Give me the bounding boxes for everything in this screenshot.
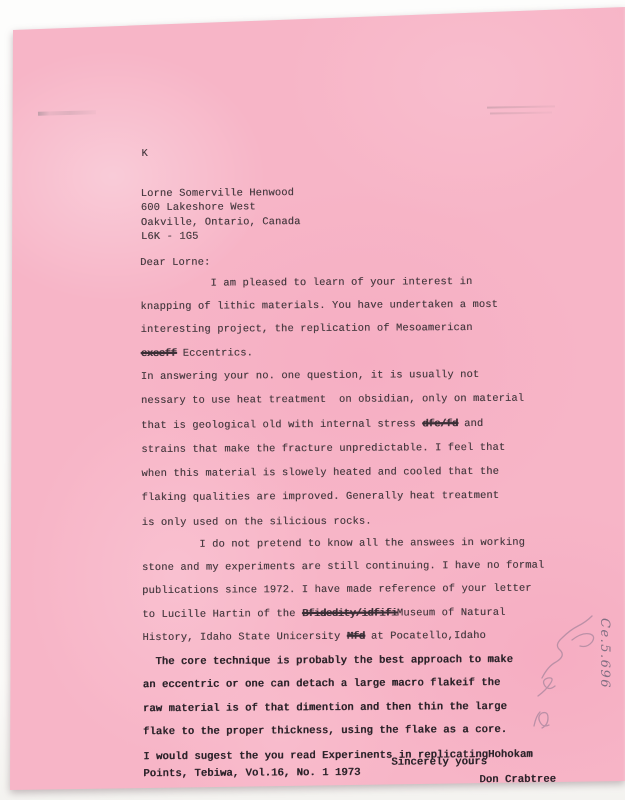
- letter-line: L6K - 1G5: [141, 229, 301, 244]
- letter-line: flake to the proper thickness, using the…: [143, 719, 513, 745]
- paragraph-3: I do not pretend to know all the answees…: [142, 532, 545, 650]
- letter-line: when this material is slowely heated and…: [141, 460, 524, 487]
- letter-scan: K Lorne Somerville Henwood600 Lakeshore …: [0, 0, 625, 800]
- letter-line: strains that make the fracture unpredict…: [141, 436, 524, 463]
- letter-line: exceff Eccentrics.: [141, 340, 499, 365]
- struck-out-text: exceff: [141, 347, 177, 359]
- struck-out-text: Mfd: [347, 630, 365, 642]
- paragraph-1: I am pleased to learn of your interest i…: [140, 271, 498, 366]
- paragraph-4: The core technique is probably the best …: [143, 649, 514, 744]
- letter-line: knapping of lithic materials. You have u…: [140, 294, 498, 319]
- letter-line: Lorne Somerville Henwood: [141, 186, 301, 201]
- struck-out-text: dfe/fd: [422, 418, 458, 430]
- letter-line: I am pleased to learn of your interest i…: [140, 271, 498, 296]
- pink-paper: K Lorne Somerville Henwood600 Lakeshore …: [0, 0, 625, 800]
- letter-line: In answering your no. one question, it i…: [141, 363, 524, 390]
- monogram: K: [141, 148, 147, 160]
- letter-line: stone and my experiments are still conti…: [142, 555, 544, 581]
- salutation: Dear Lorne:: [140, 257, 210, 269]
- recipient-address: Lorne Somerville Henwood600 Lakeshore We…: [141, 186, 301, 245]
- paragraph-2: In answering your no. one question, it i…: [141, 363, 525, 535]
- closing: Sincerely yours: [391, 756, 487, 769]
- letter-line: The core technique is probably the best …: [143, 649, 513, 675]
- letter-line: I do not pretend to know all the answees…: [142, 532, 544, 558]
- letter-line: flaking qualities are improved. Generall…: [142, 484, 525, 511]
- letter-line: to Lucille Hartin of the Bfidedity/idfif…: [142, 601, 544, 627]
- signature: Don Crabtree: [479, 774, 556, 786]
- letter-line: interesting project, the replication of …: [141, 317, 499, 342]
- letter-line: publications since 1972. I have made ref…: [142, 578, 544, 604]
- letter-line: that is geological old with internal str…: [141, 411, 524, 438]
- letter-line: raw material is of that dimention and th…: [143, 695, 513, 721]
- letter-line: an eccentric or one can detach a large m…: [143, 672, 513, 698]
- struck-out-text: Bfidedity/idfifi: [302, 607, 397, 620]
- letter-line: nessary to use heat treatment on obsidia…: [141, 387, 524, 414]
- pencil-scribble-annotation: [528, 600, 606, 755]
- letter-line: 600 Lakeshore West: [141, 200, 301, 215]
- letter-line: Oakville, Ontario, Canada: [141, 215, 301, 230]
- letter-line: History, Idaho State Unicersity Mfd at P…: [142, 624, 544, 650]
